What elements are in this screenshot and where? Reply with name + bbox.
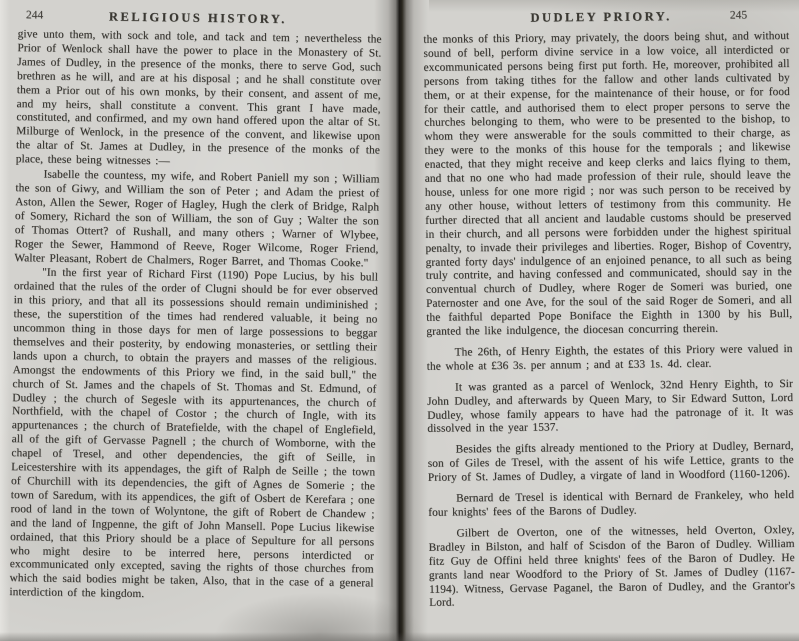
left-page-text: give unto them, with sock and tole, and … bbox=[9, 27, 382, 641]
paragraph: Isabelle the countess, my wife, and Robe… bbox=[14, 168, 379, 271]
paragraph: the monks of this Priory, may privately,… bbox=[423, 30, 792, 340]
right-page: DUDLEY PRIORY. 245 the monks of this Pri… bbox=[403, 0, 799, 641]
paragraph: give unto them, with sock and tole, and … bbox=[16, 28, 382, 172]
left-running-title: RELIGIOUS HISTORY. bbox=[0, 8, 396, 29]
paragraph: It was granted as a parcel of Wenlock, 3… bbox=[427, 378, 794, 437]
right-page-header: DUDLEY PRIORY. 245 bbox=[403, 0, 799, 30]
left-page: 244 RELIGIOUS HISTORY. give unto them, w… bbox=[0, 0, 396, 641]
paragraph: Besides the gifts already mentioned to t… bbox=[428, 440, 794, 486]
right-page-number: 245 bbox=[730, 9, 747, 21]
paragraph: Bernard de Tresel is identical with Bern… bbox=[428, 489, 794, 521]
paragraph: Gilbert de Overton, one of the witnesses… bbox=[428, 524, 795, 611]
paragraph: The 26th, of Henry Eighth, the estates o… bbox=[427, 343, 793, 375]
paragraph: "In the first year of Richard First (119… bbox=[9, 266, 378, 605]
book-scan-spread: 244 RELIGIOUS HISTORY. give unto them, w… bbox=[0, 0, 799, 641]
right-page-text: the monks of this Priory, may privately,… bbox=[423, 30, 795, 641]
